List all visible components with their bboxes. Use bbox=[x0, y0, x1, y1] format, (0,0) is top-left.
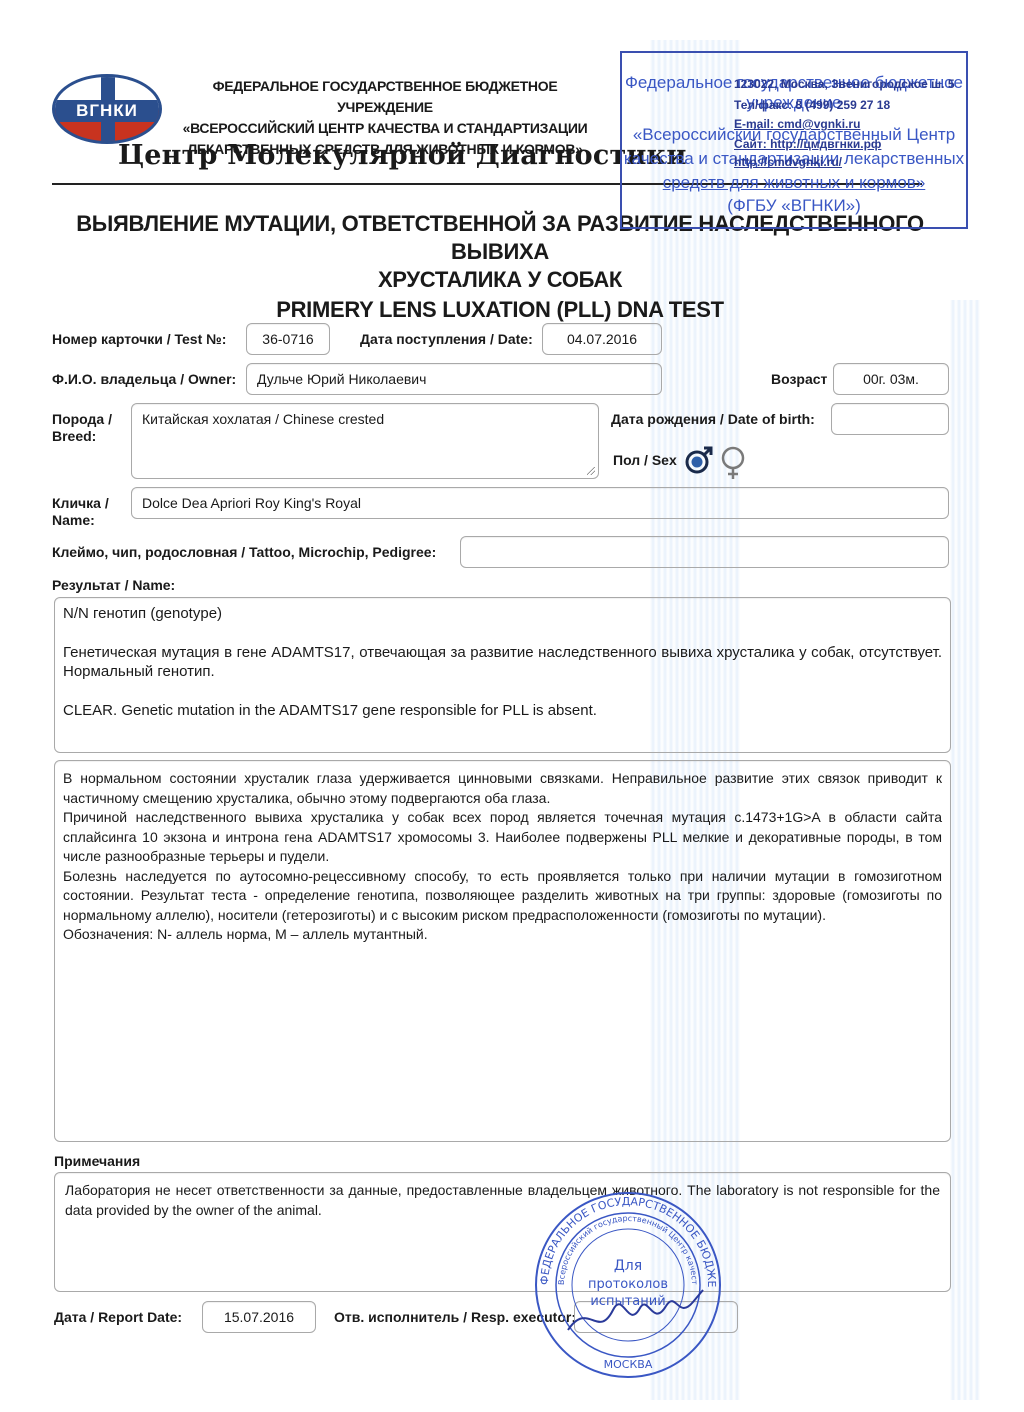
name-label-ru: Кличка / bbox=[52, 495, 109, 512]
age-label: Возраст bbox=[771, 371, 827, 388]
female-radio-icon[interactable] bbox=[718, 445, 748, 481]
description-box[interactable]: В нормальном состоянии хрусталик глаза у… bbox=[54, 760, 951, 1142]
svg-text:МОСКВА: МОСКВА bbox=[604, 1358, 653, 1371]
report-date-label: Дата / Report Date: bbox=[54, 1309, 182, 1326]
svg-text:Для: Для bbox=[614, 1258, 642, 1274]
stamp-address: 123022, Москва, Звенигородское ш. 5 bbox=[734, 77, 955, 91]
test-number-label: Номер карточки / Test №: bbox=[52, 331, 226, 348]
scan-artifact bbox=[950, 300, 980, 1400]
tattoo-field[interactable] bbox=[460, 536, 949, 568]
resize-handle-icon[interactable] bbox=[587, 467, 595, 475]
dob-label: Дата рождения / Date of birth: bbox=[611, 411, 815, 428]
owner-field[interactable]: Дульче Юрий Николаевич bbox=[246, 363, 662, 395]
breed-label-ru: Порода / bbox=[52, 411, 112, 428]
receipt-date-label: Дата поступления / Date: bbox=[360, 331, 533, 348]
age-field[interactable]: 00г. 03м. bbox=[833, 363, 949, 395]
tattoo-label: Клеймо, чип, родословная / Tattoo, Micro… bbox=[52, 544, 436, 561]
description-paragraph: Причиной наследственного вывиха хрустали… bbox=[63, 808, 942, 867]
org-line: «ВСЕРОССИЙСКИЙ ЦЕНТР КАЧЕСТВА И СТАНДАРТ… bbox=[170, 118, 600, 139]
stamp-phone: Тел/факс: 8 (499) 259 27 18 bbox=[734, 98, 890, 112]
sex-label: Пол / Sex bbox=[613, 452, 677, 469]
logo-text: ВГНКИ bbox=[55, 100, 159, 122]
svg-text:испытаний: испытаний bbox=[590, 1294, 665, 1309]
report-date-field[interactable]: 15.07.2016 bbox=[202, 1301, 316, 1333]
breed-value: Китайская хохлатая / Chinese crested bbox=[142, 411, 384, 427]
title-line: ХРУСТАЛИКА У СОБАК bbox=[30, 266, 970, 294]
stamp-email: E-mail: cmd@vgnki.ru bbox=[734, 117, 860, 131]
description-paragraph: Обозначения: N- аллель норма, M – аллель… bbox=[63, 925, 942, 945]
institution-stamp: Федеральное государственное бюджетное уч… bbox=[620, 51, 968, 229]
name-label-en: Name: bbox=[52, 512, 95, 529]
stamp-line: (ФГБУ «ВГНКИ») bbox=[622, 196, 966, 216]
result-text-en: CLEAR. Genetic mutation in the ADAMTS17 … bbox=[63, 701, 942, 721]
receipt-date-field[interactable]: 04.07.2016 bbox=[542, 323, 662, 355]
result-box[interactable]: N/N генотип (genotype) Генетическая мута… bbox=[54, 597, 951, 753]
notes-label: Примечания bbox=[54, 1153, 140, 1170]
official-round-stamp: ФЕДЕРАЛЬНОЕ ГОСУДАРСТВЕННОЕ БЮДЖЕТНОЕ УЧ… bbox=[528, 1190, 728, 1380]
breed-textarea[interactable]: Китайская хохлатая / Chinese crested bbox=[131, 403, 599, 479]
result-label: Результат / Name: bbox=[52, 577, 175, 594]
dob-field[interactable] bbox=[831, 403, 949, 435]
description-paragraph: Болезнь наследуется по аутосомно-рецесси… bbox=[63, 867, 942, 926]
genotype-text: N/N генотип (genotype) bbox=[63, 604, 942, 624]
owner-label: Ф.И.О. владельца / Owner: bbox=[52, 371, 236, 388]
notes-text: Лаборатория не несет ответственности за … bbox=[65, 1181, 940, 1220]
stamp-site-alt: http://cmdvgnki.ru/ bbox=[734, 155, 842, 169]
svg-text:протоколов: протоколов bbox=[588, 1277, 668, 1292]
org-line: ФЕДЕРАЛЬНОЕ ГОСУДАРСТВЕННОЕ БЮДЖЕТНОЕ УЧ… bbox=[170, 76, 600, 118]
title-line-en: PRIMERY LENS LUXATION (PLL) DNA TEST bbox=[30, 296, 970, 324]
male-radio-icon[interactable] bbox=[684, 445, 714, 475]
breed-label-en: Breed: bbox=[52, 428, 96, 445]
test-number-field[interactable]: 36-0716 bbox=[246, 323, 330, 355]
stamp-site: Сайт: http://цмдвгнки.рф bbox=[734, 137, 881, 151]
notes-box[interactable]: Лаборатория не несет ответственности за … bbox=[54, 1172, 951, 1292]
center-title: Центр Молекулярной Диагностики bbox=[118, 140, 687, 171]
vgnki-logo: ВГНКИ bbox=[52, 74, 162, 144]
description-paragraph: В нормальном состоянии хрусталик глаза у… bbox=[63, 769, 942, 808]
stamp-line: средств для животных и кормов» bbox=[622, 173, 966, 193]
result-text-ru: Генетическая мутация в гене ADAMTS17, от… bbox=[63, 643, 942, 682]
dog-name-field[interactable]: Dolce Dea Apriori Roy King's Royal bbox=[131, 487, 949, 519]
